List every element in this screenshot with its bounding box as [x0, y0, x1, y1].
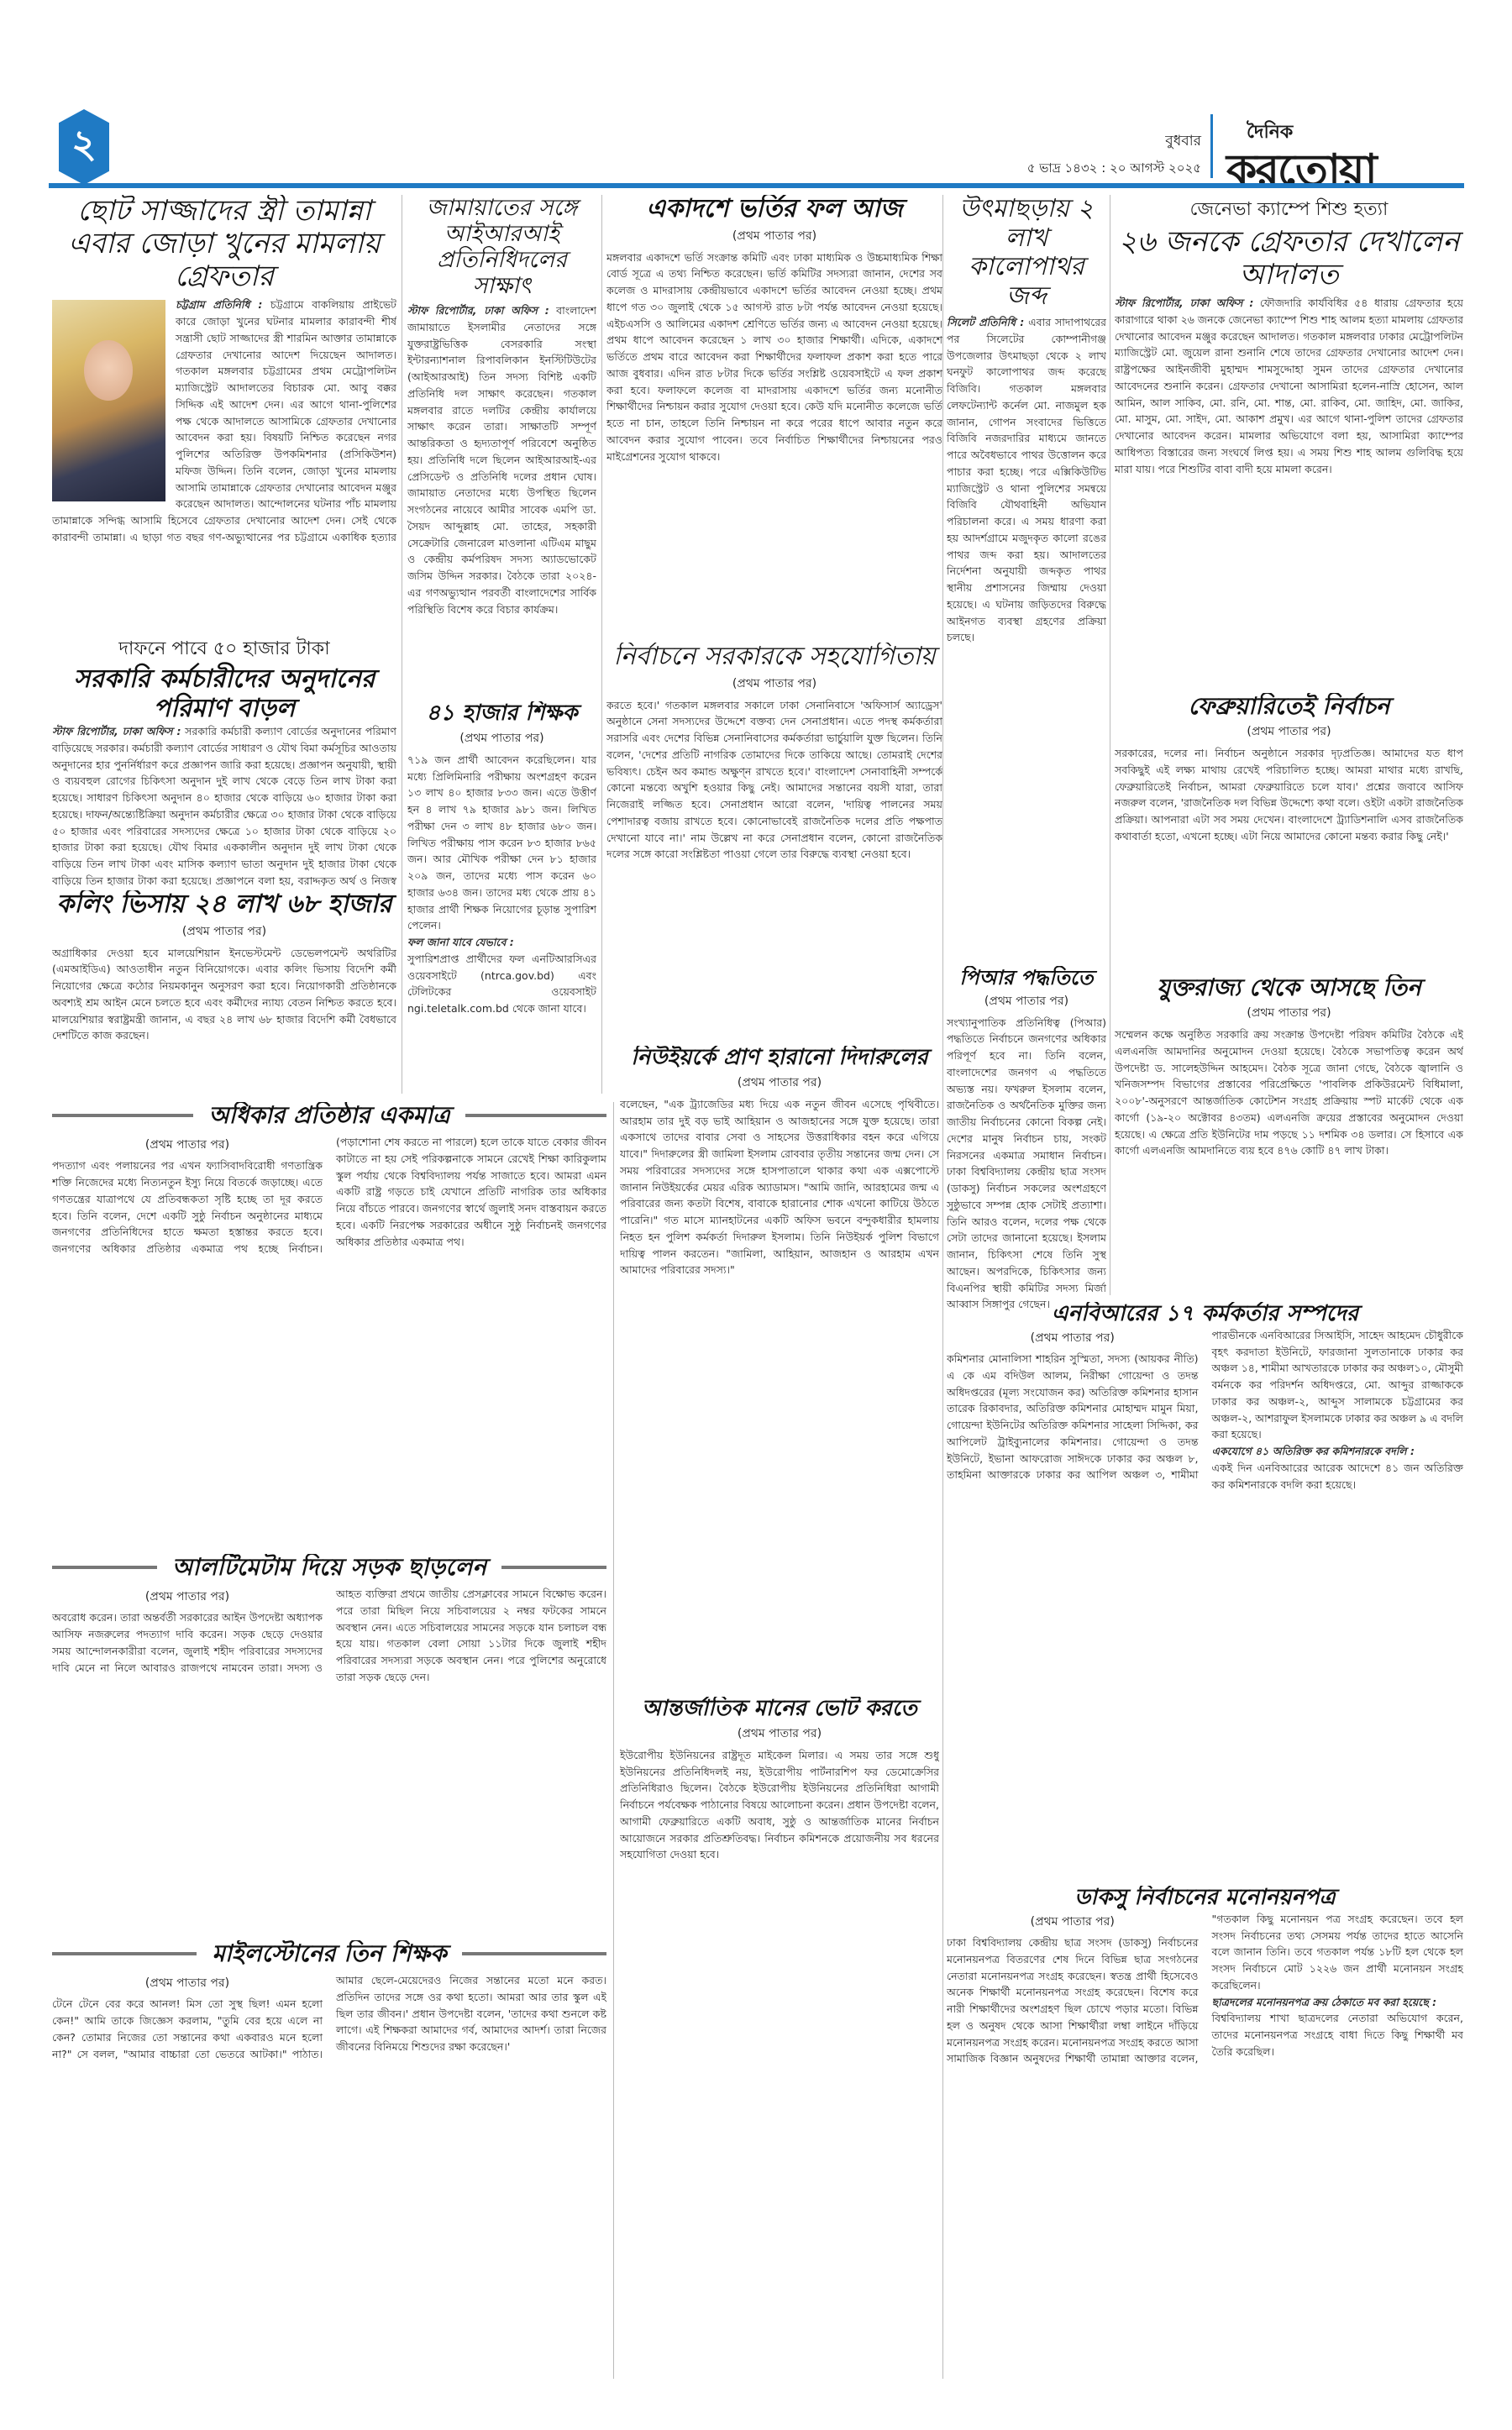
article-headline: আলটিমেটাম দিয়ে সড়ক ছাড়লেন	[172, 1554, 486, 1581]
article-headline: ২৬ জনকে গ্রেফতার দেখালেন আদালত	[1115, 226, 1463, 291]
continuation-note: (প্রথম পাতার পর)	[620, 1073, 939, 1093]
article-kicker: দাফনে পাবে ৫০ হাজার টাকা	[52, 634, 396, 665]
article-headline: মাইলস্টোনের তিন শিক্ষক	[212, 1940, 446, 1967]
article-admission: একাদশে ভর্তির ফল আজ (প্রথম পাতার পর) মঙ্…	[606, 195, 942, 615]
column-divider	[402, 195, 402, 1094]
article-subhead: একযোগে ৪১ অতিরিক্ত কর কমিশনারকে বদলি :	[1212, 1443, 1464, 1460]
continuation-note: (প্রথম পাতার পর)	[606, 226, 942, 246]
article-jamaat: জামায়াতের সঙ্গে আইআরআই প্রতিনিধিদলের সা…	[407, 195, 596, 690]
article-body: স্টাফ রিপোর্টার, ঢাকা অফিস : বাংলাদেশ জা…	[407, 302, 596, 617]
newspaper-logo: দৈনিক করতোয়া	[1226, 118, 1462, 192]
column-divider	[942, 195, 943, 2379]
article-nbr: এনবিআরের ১৭ কর্মকর্তার সম্পদের (প্রথম পা…	[947, 1302, 1463, 1873]
headline-rule-right	[465, 1114, 606, 1117]
article-headline: ফেব্রুয়ারিতেই নির্বাচন	[1115, 693, 1463, 720]
article-pr-system: পিআর পদ্ধতিতে (প্রথম পাতার পর) সংখ্যানুপ…	[947, 966, 1106, 1319]
article-body: (প্রথম পাতার পর) টেনে টেনে বের করে আনল! …	[52, 1972, 606, 2062]
continuation-note: (প্রথম পাতার পর)	[620, 1724, 939, 1744]
article-body: স্টাফ রিপোর্টার, ঢাকা অফিস : সরকারি কর্ম…	[52, 723, 396, 886]
article-headline: এনবিআরের ১৭ কর্মকর্তার সম্পদের	[947, 1302, 1463, 1327]
header-rule	[49, 183, 1464, 188]
article-election-support: নির্বাচনে সরকারকে সহযোগিতায় (প্রথম পাতা…	[606, 643, 942, 1037]
article-headline: ডাকসু নির্বাচনের মনোনয়নপত্র	[947, 1886, 1463, 1911]
article-newyork: নিউইয়র্কে প্রাণ হারানো দিদারুলের (প্রথম…	[620, 1046, 939, 1693]
article-headline: কলিং ভিসায় ২৪ লাখ ৬৮ হাজার	[52, 890, 396, 920]
article-text: সম্মেলন কক্ষে অনুষ্ঠিত সরকারি ক্রয় সংক্…	[1115, 1026, 1463, 1159]
article-headline: সরকারি কর্মচারীদের অনুদানের পরিমাণ বাড়ল	[52, 665, 396, 723]
article-text: ৭১৯ জন প্রার্থী আবেদন করেছিলেন। যার মধ্য…	[407, 753, 596, 932]
article-body: স্টাফ রিপোর্টার, ঢাকা অফিস : ফৌজদারি কার…	[1115, 295, 1463, 477]
article-headline: আন্তর্জাতিক মানের ভোট করতে	[620, 1697, 939, 1722]
continuation-note: (প্রথম পাতার পর)	[947, 1329, 1199, 1347]
article-text-2: বিশ্ববিদ্যালয় শাখা ছাত্রদলের নেতারা অভি…	[1212, 2012, 1464, 2058]
date-block: বুধবার ৫ ভাদ্র ১৪৩২ : ২০ আগস্ট ২০২৫	[1027, 130, 1201, 180]
article-body: (প্রথম পাতার পর) অবরোধ করেন। তারা অন্তর্…	[52, 1586, 606, 1686]
article-uk: যুক্তরাজ্য থেকে আসছে তিন (প্রথম পাতার পর…	[1115, 974, 1463, 1252]
article-subhead: ছাত্রদলের মনোনয়নপত্র ক্রয় ঠেকাতে মব কর…	[1212, 1994, 1464, 2011]
masthead-divider	[1210, 114, 1213, 178]
article-headline: যুক্তরাজ্য থেকে আসছে তিন	[1115, 974, 1463, 1001]
headline-rule-right	[462, 1952, 606, 1955]
page-number-badge: ২	[59, 109, 109, 185]
logo-prefix: দৈনিক	[1247, 118, 1462, 149]
continuation-note: (প্রথম পাতার পর)	[52, 1974, 323, 1992]
article-text: সংখ্যানুপাতিক প্রতিনিধিত্ব (পিআর) পদ্ধতি…	[947, 1015, 1106, 1314]
weekday: বুধবার	[1027, 130, 1201, 154]
article-text-2: সুপারিশপ্রাপ্ত প্রার্থীদের ফল এনটিআরসিএর…	[407, 953, 596, 1015]
article-body: ৭১৯ জন প্রার্থী আবেদন করেছিলেন। যার মধ্য…	[407, 752, 596, 1017]
article-calling-visa: কলিং ভিসায় ২৪ লাখ ৬৮ হাজার (প্রথম পাতার…	[52, 890, 396, 1092]
article-headline: ছোট সাজ্জাদের স্ত্রী তামান্না এবার জোড়া…	[52, 195, 396, 293]
headline-rule-left	[52, 1114, 193, 1117]
article-ducsu: ডাকসু নির্বাচনের মনোনয়নপত্র (প্রথম পাতা…	[947, 1886, 1463, 2381]
article-milestone: মাইলস্টোনের তিন শিক্ষক (প্রথম পাতার পর) …	[52, 1940, 606, 2377]
continuation-note: (প্রথম পাতার পর)	[52, 921, 396, 942]
article-text: ফৌজদারি কার্যবিধির ৫৪ ধারায় গ্রেফতার হয…	[1115, 297, 1463, 475]
article-headline: পিআর পদ্ধতিতে	[947, 966, 1106, 989]
headline-rule-right	[501, 1566, 606, 1569]
continuation-note: (প্রথম পাতার পর)	[947, 1913, 1199, 1931]
article-february: ফেব্রুয়ারিতেই নির্বাচন (প্রথম পাতার পর)…	[1115, 693, 1463, 962]
headline-rule-left	[52, 1952, 197, 1955]
article-subhead: ফল জানা যাবে যেভাবে :	[407, 934, 596, 951]
article-ultimatum: আলটিমেটাম দিয়ে সড়ক ছাড়লেন (প্রথম পাতা…	[52, 1554, 606, 1932]
issue-date: ৫ ভাদ্র ১৪৩২ : ২০ আগস্ট ২০২৫	[1027, 159, 1201, 180]
photo-face	[84, 340, 133, 401]
column-divider	[1110, 195, 1110, 1295]
article-byline: সিলেট প্রতিনিধি :	[947, 316, 1024, 328]
article-text: ঢাকা বিশ্ববিদ্যালয় কেন্দ্রীয় ছাত্র সংস…	[947, 1913, 1463, 2065]
article-text: সরকারের, দলের না। নির্বাচন অনুষ্ঠানে সরক…	[1115, 745, 1463, 845]
article-body: সিলেট প্রতিনিধি : এবার সাদাপাথরের পর সিল…	[947, 314, 1106, 646]
article-tamanna: ছোট সাজ্জাদের স্ত্রী তামান্না এবার জোড়া…	[52, 195, 396, 548]
article-kicker: জেনেভা ক্যাম্পে শিশু হত্যা	[1115, 195, 1463, 226]
article-grant: দাফনে পাবে ৫০ হাজার টাকা সরকারি কর্মচারী…	[52, 634, 396, 886]
article-body: (প্রথম পাতার পর) কমিশনার মোনালিসা শাহরিন…	[947, 1327, 1463, 1493]
article-body: (প্রথম পাতার পর) ঢাকা বিশ্ববিদ্যালয় কেন…	[947, 1911, 1463, 2067]
article-text: ইউরোপীয় ইউনিয়নের রাষ্ট্রদূত মাইকেল মিল…	[620, 1747, 939, 1863]
article-text-2: একই দিন এনবিআরের আরেক আদেশে ৪১ জন অতিরিক…	[1212, 1462, 1464, 1491]
masthead: ২ বুধবার ৫ ভাদ্র ১৪৩২ : ২০ আগস্ট ২০২৫ দৈ…	[0, 0, 1512, 189]
article-kalopathor: উৎমাছড়ায় ২ লাখ কালোপাথর জব্দ সিলেট প্র…	[947, 195, 1106, 968]
headline-rule-left	[52, 1566, 157, 1569]
continuation-note: (প্রথম পাতার পর)	[1115, 1003, 1463, 1023]
article-byline: স্টাফ রিপোর্টার, ঢাকা অফিস :	[407, 304, 549, 317]
article-text: এবার সাদাপাথরের পর সিলেটের কোম্পানীগঞ্জ …	[947, 316, 1106, 561]
continuation-note: (প্রথম পাতার পর)	[407, 728, 596, 748]
article-intl-vote: আন্তর্জাতিক মানের ভোট করতে (প্রথম পাতার …	[620, 1697, 939, 2369]
article-text: করতে হবে।' গতকাল মঙ্গলবার সকালে ঢাকা সেন…	[606, 697, 942, 863]
suspect-photo	[52, 300, 165, 501]
continuation-note: (প্রথম পাতার পর)	[1115, 722, 1463, 742]
article-teachers: ৪১ হাজার শিক্ষক (প্রথম পাতার পর) ৭১৯ জন …	[407, 701, 596, 1088]
article-byline: চট্টগ্রাম প্রতিনিধি :	[176, 298, 262, 311]
article-text-2: আদালতের নির্দেশনা অনুযায়ী জব্দকৃত পাথর …	[947, 548, 1106, 644]
article-geneva: জেনেভা ক্যাম্পে শিশু হত্যা ২৬ জনকে গ্রেফ…	[1115, 195, 1463, 699]
article-headline: নিউইয়র্কে প্রাণ হারানো দিদারুলের	[620, 1046, 939, 1071]
article-body: (প্রথম পাতার পর) পদত্যাগ এবং পলায়নের পর…	[52, 1134, 606, 1257]
article-headline: জামায়াতের সঙ্গে আইআরআই প্রতিনিধিদলের সা…	[407, 195, 596, 299]
article-headline: অধিকার প্রতিষ্ঠার একমাত্র	[208, 1102, 449, 1129]
article-headline: উৎমাছড়ায় ২ লাখ কালোপাথর জব্দ	[947, 195, 1106, 311]
page-number: ২	[71, 115, 97, 179]
article-headline: একাদশে ভর্তির ফল আজ	[606, 195, 942, 224]
article-text: অগ্রাধিকার দেওয়া হবে মালয়েশিয়ান ইনভেস…	[52, 945, 396, 1045]
article-byline: স্টাফ রিপোর্টার, ঢাকা অফিস :	[52, 725, 181, 737]
article-headline: নির্বাচনে সরকারকে সহযোগিতায়	[606, 643, 942, 672]
article-byline: স্টাফ রিপোর্টার, ঢাকা অফিস :	[1115, 297, 1253, 309]
column-divider	[613, 1102, 614, 2379]
column-divider	[601, 195, 602, 1094]
article-body: চট্টগ্রাম প্রতিনিধি : চট্টগ্রামে বাকলিয়…	[52, 297, 396, 548]
article-text: মঙ্গলবার একাদশে ভর্তি সংক্রান্ত কমিটি এব…	[606, 249, 942, 465]
article-text: সরকারি কর্মচারী কল্যাণ বোর্ডের অনুদানের …	[52, 725, 396, 886]
continuation-note: (প্রথম পাতার পর)	[606, 674, 942, 694]
article-rights: অধিকার প্রতিষ্ঠার একমাত্র (প্রথম পাতার প…	[52, 1102, 606, 1539]
continuation-note: (প্রথম পাতার পর)	[52, 1588, 323, 1606]
article-text: বাংলাদেশ জামায়াতে ইসলামীর নেতাদের সঙ্গে…	[407, 304, 596, 616]
continuation-note: (প্রথম পাতার পর)	[52, 1136, 323, 1154]
continuation-note: (প্রথম পাতার পর)	[947, 991, 1106, 1011]
article-text: বলেছেন, "এক ট্র্যাজেডির মধ্য দিয়ে এক নত…	[620, 1096, 939, 1278]
article-headline: ৪১ হাজার শিক্ষক	[407, 701, 596, 727]
